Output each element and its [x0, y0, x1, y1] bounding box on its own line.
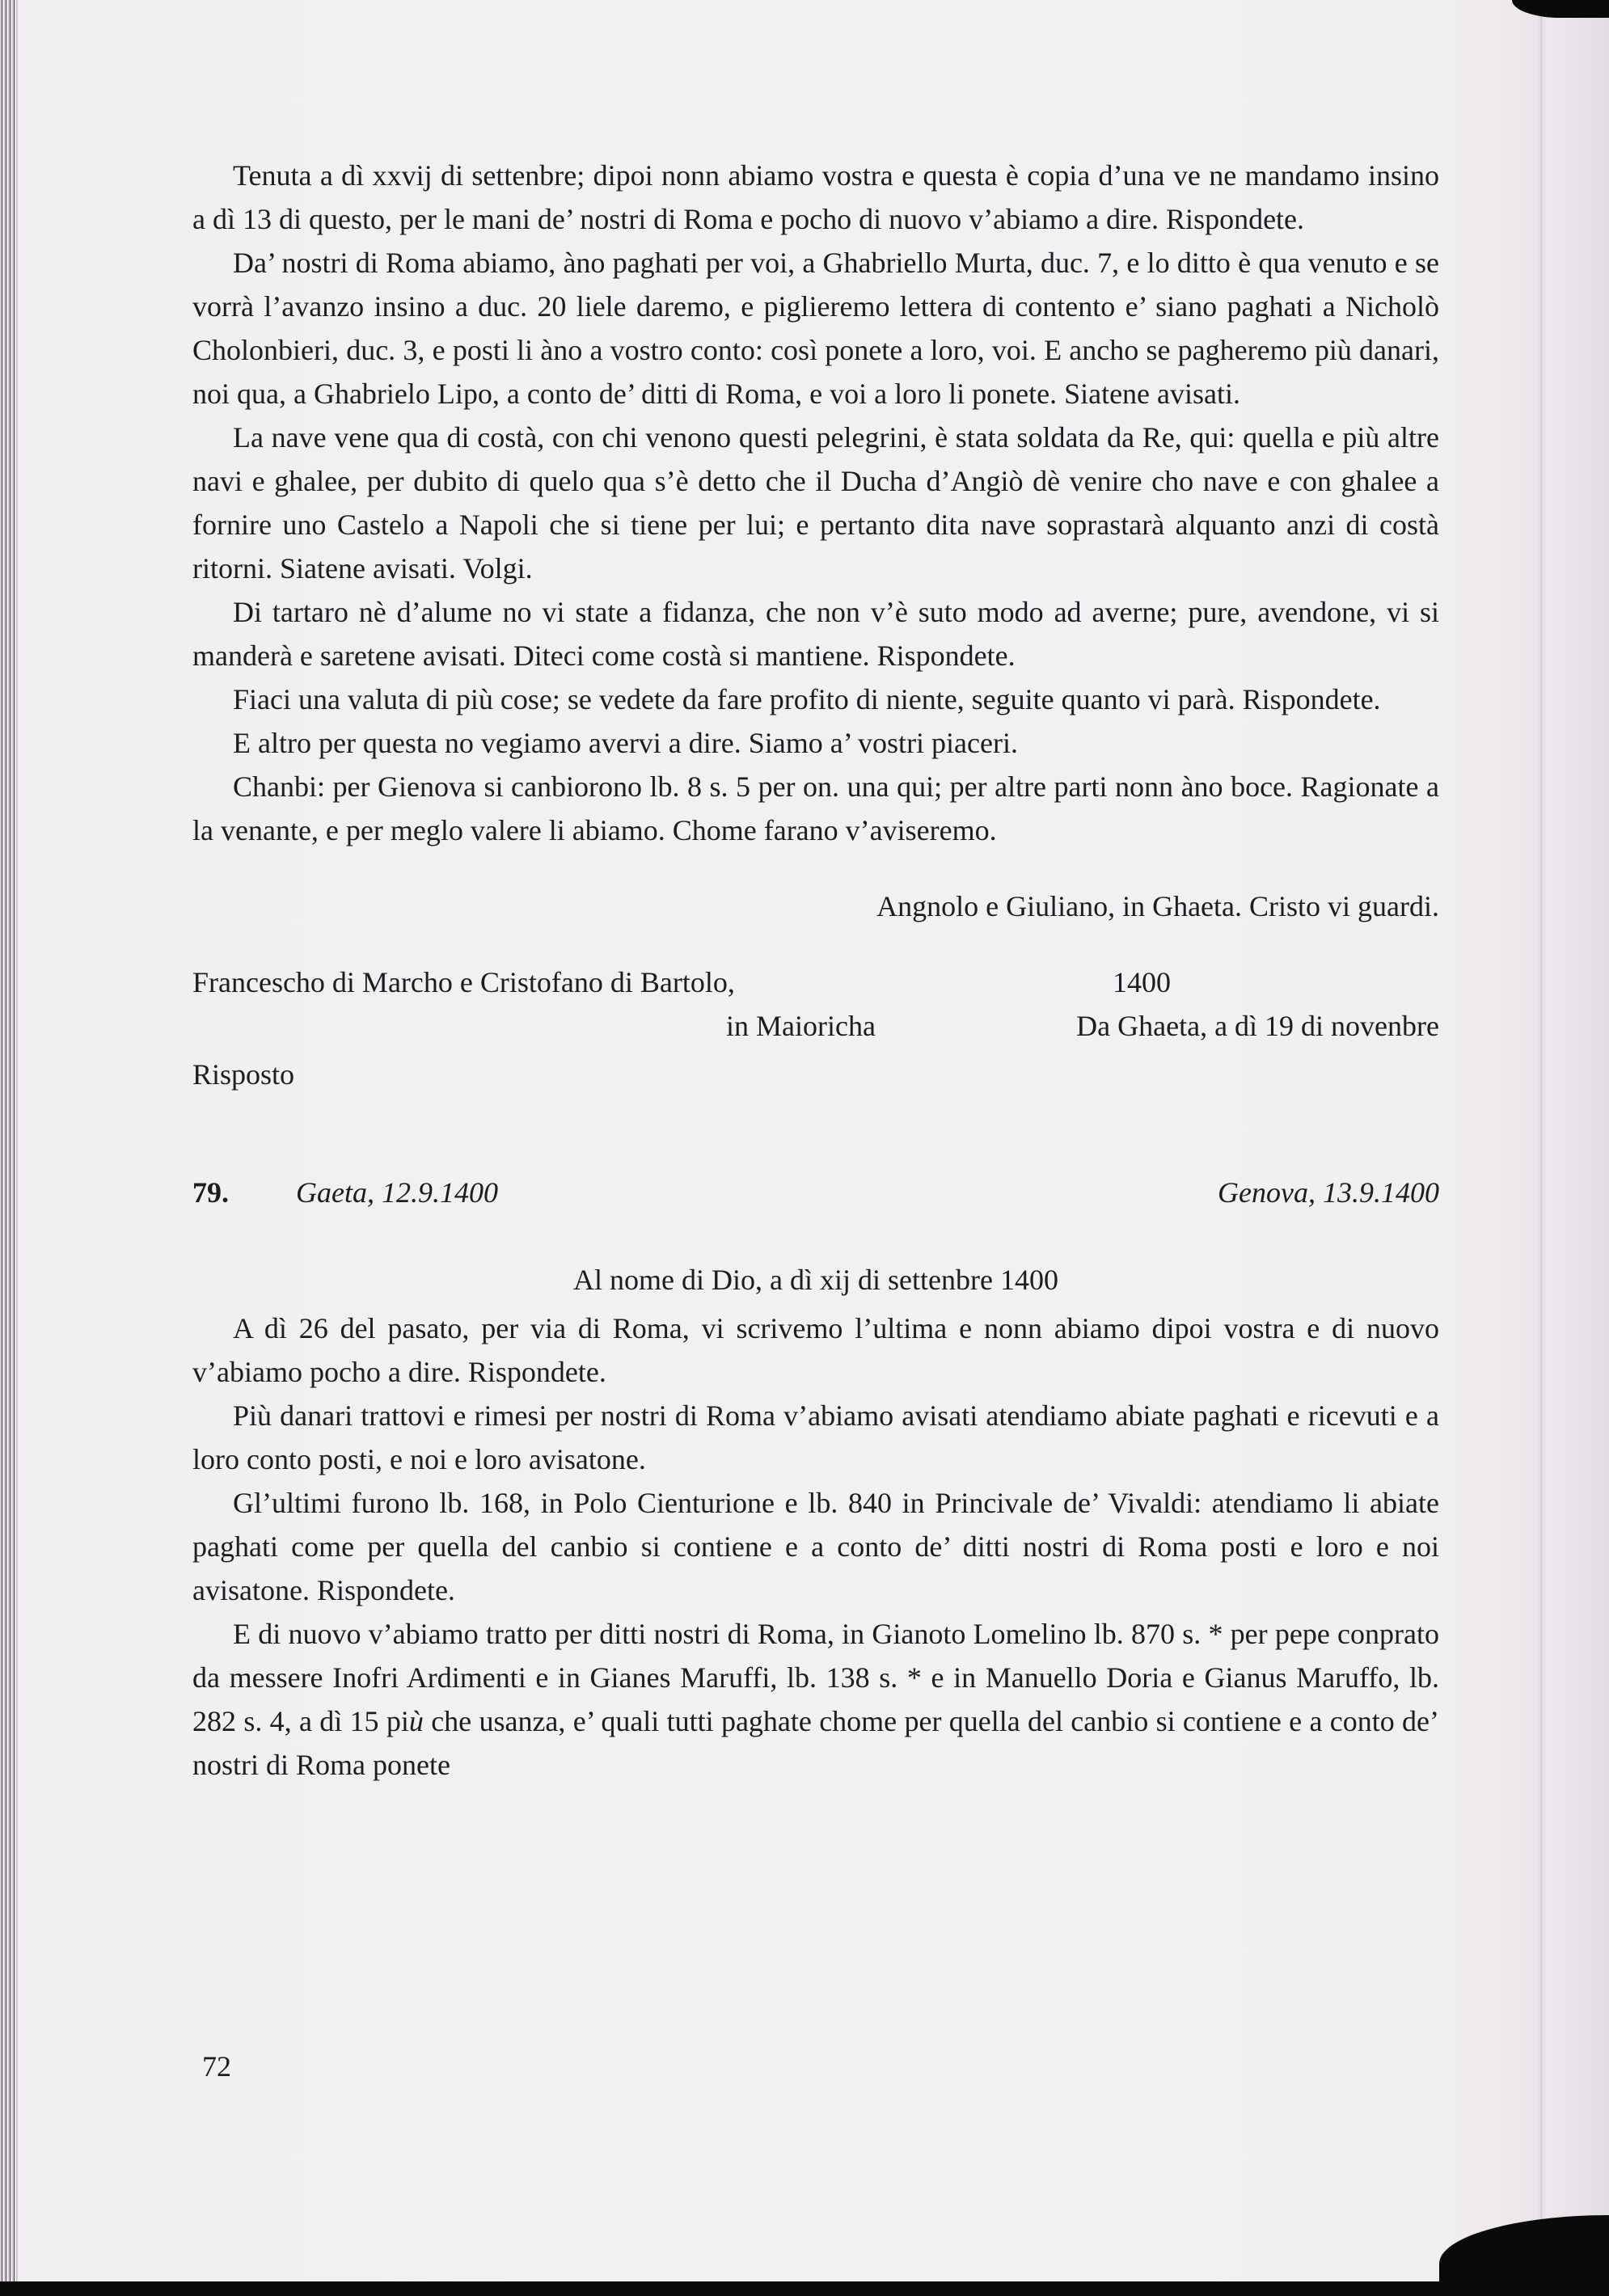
origin-date: Da Ghaeta, a dì 19 di novenbre	[1076, 1004, 1439, 1048]
paragraph: La nave vene qua di costà, con chi venon…	[192, 416, 1439, 590]
paragraph: Chanbi: per Gienova si canbiorono lb. 8 …	[192, 765, 1439, 852]
page-number: 72	[202, 2049, 231, 2084]
invocation: Al nome di Dio, a dì xij di settenbre 14…	[192, 1258, 1439, 1302]
paragraph: Da’ nostri di Roma abiamo, àno paghati p…	[192, 241, 1439, 416]
letter-number: 79.	[192, 1171, 229, 1214]
reply-note: Risposto	[192, 1053, 294, 1096]
book-page: Tenuta a dì xxvij di settenbre; dipoi no…	[0, 0, 1609, 2296]
address-year: 1400	[1113, 960, 1171, 1004]
address-block: Francescho di Marcho e Cristofano di Bar…	[192, 960, 1439, 1091]
background-corner	[1439, 2215, 1609, 2296]
spacer	[192, 852, 1439, 884]
paragraph: Tenuta a dì xxvij di settenbre; dipoi no…	[192, 154, 1439, 241]
italic-run: ù	[409, 1705, 424, 1737]
paragraph: Di tartaro nè d’alume no vi state a fida…	[192, 590, 1439, 677]
letter-destination: Genova, 13.9.1400	[1218, 1171, 1439, 1214]
paragraph: Più danari trattovi e rimesi per nostri …	[192, 1394, 1439, 1481]
gutter-fold	[1540, 16, 1542, 2280]
paragraph: E altro per questa no vegiamo avervi a d…	[192, 721, 1439, 765]
letter-origin: Gaeta, 12.9.1400	[296, 1171, 498, 1214]
paragraph: Fiaci una valuta di più cose; se vedete …	[192, 677, 1439, 721]
background-edge	[0, 2281, 1609, 2296]
paragraph: A dì 26 del pasato, per via di Roma, vi …	[192, 1306, 1439, 1394]
recipient-line-2: in Maioricha	[726, 1004, 876, 1048]
page-stack-edge	[0, 0, 18, 2296]
letter-heading: 79. Gaeta, 12.9.1400 Genova, 13.9.1400	[192, 1171, 1439, 1214]
background-corner	[1512, 0, 1609, 18]
recipient-line-1: Francescho di Marcho e Cristofano di Bar…	[192, 960, 735, 1004]
text-block: Tenuta a dì xxvij di settenbre; dipoi no…	[192, 154, 1439, 1787]
spacer	[192, 928, 1439, 960]
paragraph: Gl’ultimi furono lb. 168, in Polo Cientu…	[192, 1481, 1439, 1612]
paragraph-last: E di nuovo v’abiamo tratto per ditti nos…	[192, 1612, 1439, 1787]
signature: Angnolo e Giuliano, in Ghaeta. Cristo vi…	[192, 884, 1439, 928]
